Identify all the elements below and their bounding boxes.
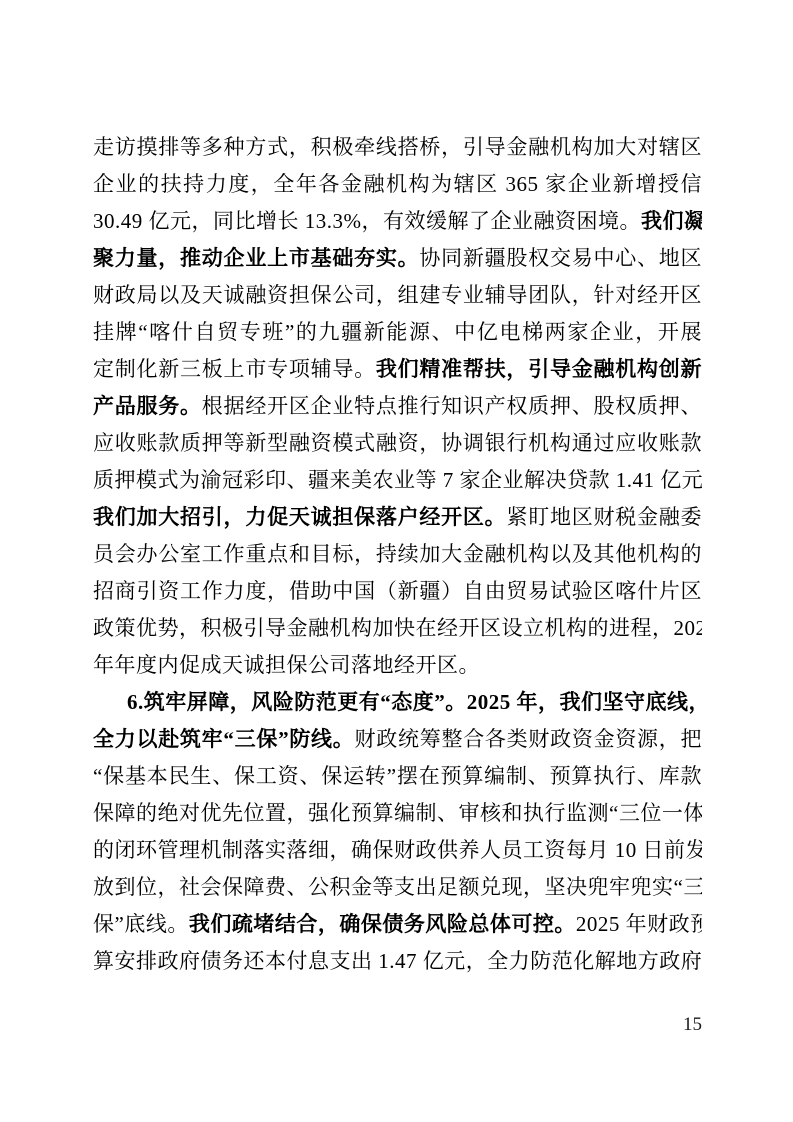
text-line: 产品服务。根据经开区企业特点推行知识产权质押、股权质押、 (93, 388, 702, 425)
text-line: 挂牌“喀什自贸专班”的九疆新能源、中亿电梯两家企业，开展 (93, 314, 702, 351)
text-run: 根据经开区企业特点推行知识产权质押、股权质押、 (202, 394, 702, 418)
text-run: 年年度内促成天诚担保公司落地经开区。 (93, 653, 480, 677)
page-number: 15 (93, 1012, 702, 1038)
text-run: 招商引资工作力度，借助中国（新疆）自由贸易试验区喀什片区 (93, 579, 702, 603)
text-run: 放到位，社会保障费、公积金等支出足额兑现，坚决兜牢兜实“三 (93, 875, 702, 899)
text-line: 政策优势，积极引导金融机构加快在经开区设立机构的进程，2025 (93, 610, 702, 647)
text-line: 保障的绝对优先位置，强化预算编制、审核和执行监测“三位一体” (93, 795, 702, 832)
text-run: 财政统筹整合各类财政资金资源，把 (355, 727, 702, 751)
text-run: 紧盯地区财税金融委 (506, 505, 702, 529)
text-run: 保”底线。 (93, 912, 189, 936)
text-run: 算安排政府债务还本付息支出 1.47 亿元，全力防范化解地方政府 (93, 949, 702, 973)
text-run: 30.49 亿元，同比增长 13.3%，有效缓解了企业融资困境。 (93, 209, 641, 233)
text-run: 走访摸排等多种方式，积极牵线搭桥，引导金融机构加大对辖区 (93, 135, 702, 159)
bold-text-run: 我们精准帮扶，引导金融机构创新 (376, 357, 702, 381)
bold-text-run: 产品服务。 (93, 394, 202, 418)
text-line: 保”底线。我们疏堵结合，确保债务风险总体可控。2025 年财政预 (93, 906, 702, 943)
text-line: 员会办公室工作重点和目标，持续加大金融机构以及其他机构的 (93, 536, 702, 573)
document-page: 走访摸排等多种方式，积极牵线搭桥，引导金融机构加大对辖区企业的扶持力度，全年各金… (0, 0, 793, 1122)
text-run: 的闭环管理机制落实落细，确保财政供养人员工资每月 10 日前发 (93, 838, 702, 862)
text-run: 应收账款质押等新型融资模式融资，协调银行机构通过应收账款 (93, 431, 702, 455)
bold-text-run: 我们加大招引，力促天诚担保落户经开区。 (93, 505, 506, 529)
text-line: 的闭环管理机制落实落细，确保财政供养人员工资每月 10 日前发 (93, 832, 702, 869)
text-run: 财政局以及天诚融资担保公司，组建专业辅导团队，针对经开区 (93, 283, 702, 307)
text-line: 走访摸排等多种方式，积极牵线搭桥，引导金融机构加大对辖区 (93, 129, 702, 166)
bold-text-run: 我们疏堵结合，确保债务风险总体可控。 (189, 912, 576, 936)
text-line: 我们加大招引，力促天诚担保落户经开区。紧盯地区财税金融委 (93, 499, 702, 536)
text-line: 定制化新三板上市专项辅导。我们精准帮扶，引导金融机构创新 (93, 351, 702, 388)
text-run: 员会办公室工作重点和目标，持续加大金融机构以及其他机构的 (93, 542, 702, 566)
text-line: 30.49 亿元，同比增长 13.3%，有效缓解了企业融资困境。我们凝 (93, 203, 702, 240)
bold-text-run: 6.筑牢屏障，风险防范更有“态度”。2025 年，我们坚守底线， (127, 690, 702, 714)
bold-text-run: 全力以赴筑牢“三保”防线。 (93, 727, 355, 751)
text-line: 企业的扶持力度，全年各金融机构为辖区 365 家企业新增授信 (93, 166, 702, 203)
text-run: 协同新疆股权交易中心、地区 (419, 246, 702, 270)
text-run: 定制化新三板上市专项辅导。 (93, 357, 376, 381)
text-line: 招商引资工作力度，借助中国（新疆）自由贸易试验区喀什片区 (93, 573, 702, 610)
text-run: 2025 年财政预 (576, 912, 702, 936)
text-line: 6.筑牢屏障，风险防范更有“态度”。2025 年，我们坚守底线， (93, 684, 702, 721)
text-line: 全力以赴筑牢“三保”防线。财政统筹整合各类财政资金资源，把 (93, 721, 702, 758)
text-run: “保基本民生、保工资、保运转”摆在预算编制、预算执行、库款 (93, 764, 702, 788)
text-line: 财政局以及天诚融资担保公司，组建专业辅导团队，针对经开区 (93, 277, 702, 314)
text-line: 质押模式为渝冠彩印、疆来美农业等 7 家企业解决贷款 1.41 亿元。 (93, 462, 702, 499)
text-line: 算安排政府债务还本付息支出 1.47 亿元，全力防范化解地方政府 (93, 943, 702, 980)
text-line: 聚力量，推动企业上市基础夯实。协同新疆股权交易中心、地区 (93, 240, 702, 277)
text-line: 年年度内促成天诚担保公司落地经开区。 (93, 647, 702, 684)
text-block: 走访摸排等多种方式，积极牵线搭桥，引导金融机构加大对辖区企业的扶持力度，全年各金… (93, 129, 702, 980)
text-run: 挂牌“喀什自贸专班”的九疆新能源、中亿电梯两家企业，开展 (93, 320, 702, 344)
text-run: 保障的绝对优先位置，强化预算编制、审核和执行监测“三位一体” (93, 801, 702, 825)
bold-text-run: 聚力量，推动企业上市基础夯实。 (93, 246, 419, 270)
text-line: 放到位，社会保障费、公积金等支出足额兑现，坚决兜牢兜实“三 (93, 869, 702, 906)
text-run: 企业的扶持力度，全年各金融机构为辖区 365 家企业新增授信 (93, 172, 702, 196)
text-run: 质押模式为渝冠彩印、疆来美农业等 7 家企业解决贷款 1.41 亿元。 (93, 468, 702, 492)
text-run: 政策优势，积极引导金融机构加快在经开区设立机构的进程，2025 (93, 616, 702, 640)
bold-text-run: 我们凝 (641, 209, 702, 233)
text-line: 应收账款质押等新型融资模式融资，协调银行机构通过应收账款 (93, 425, 702, 462)
text-line: “保基本民生、保工资、保运转”摆在预算编制、预算执行、库款 (93, 758, 702, 795)
